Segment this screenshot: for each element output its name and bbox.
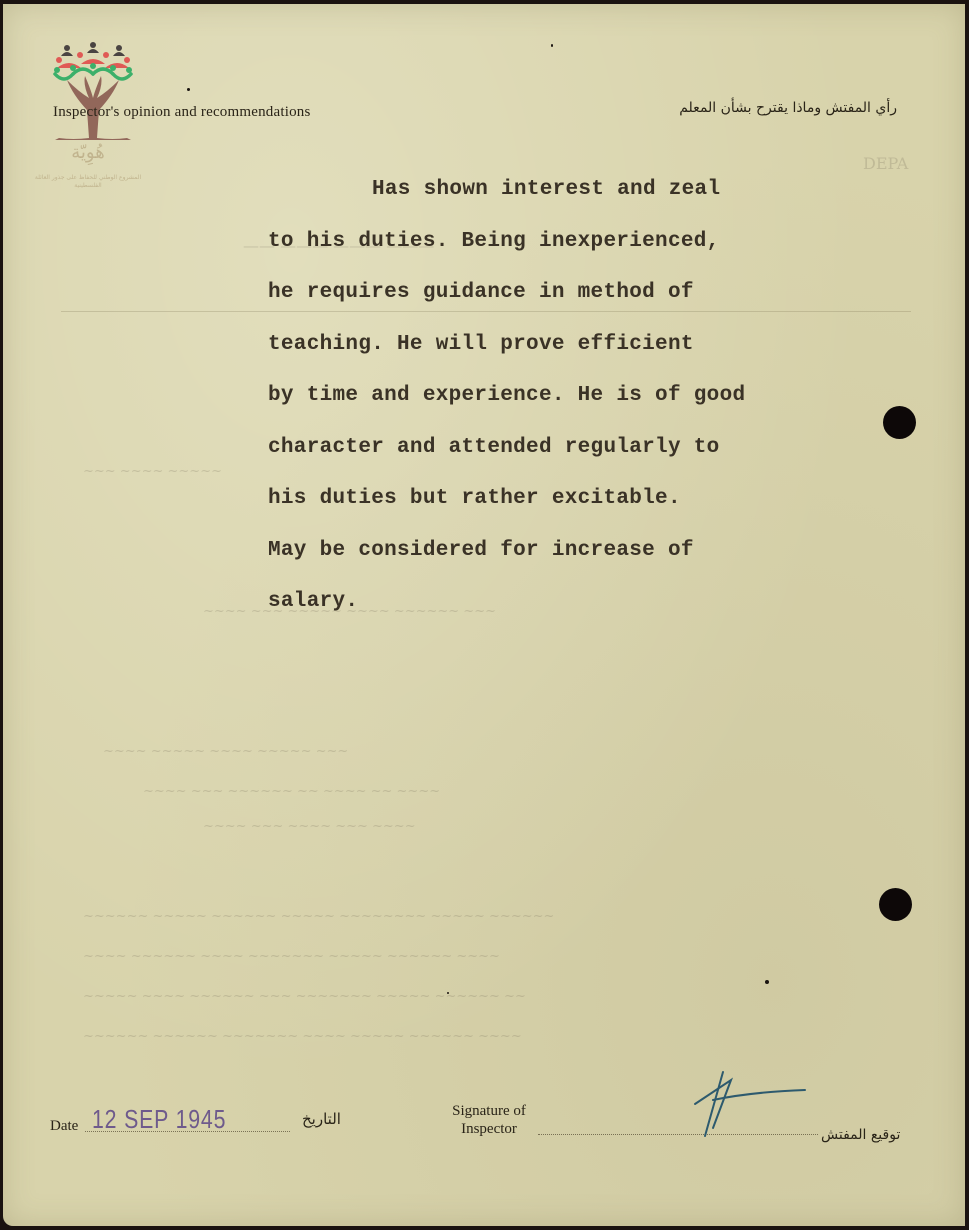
signature-label-arabic: توقيع المفتش: [821, 1127, 900, 1143]
bleed-through-text: ~~~~ ~~~ ~~~~~~ ~~ ~~~~ ~~ ~~~~: [143, 784, 440, 799]
logo-caption: هُوِيّة: [43, 144, 133, 162]
signature-label: Signature of Inspector: [433, 1102, 545, 1138]
section-title-arabic: رأي المفتش وماذا يقترح بشأن المعلم: [679, 100, 897, 116]
remarks-line: his duties but rather excitable.: [268, 473, 868, 525]
remarks-line: May be considered for increase of: [268, 525, 868, 577]
inspector-remarks: Has shown interest and zeal to his dutie…: [268, 164, 868, 628]
punch-hole: [883, 406, 916, 439]
remarks-line: to his duties. Being inexperienced,: [268, 216, 868, 268]
ink-speck: [447, 992, 449, 994]
bleed-through-text: ~~~~~~ ~~~~~ ~~~~~~ ~~~~~ ~~~~~~~~ ~~~~~…: [83, 909, 554, 924]
section-title-english: Inspector's opinion and recommendations: [53, 104, 311, 121]
remarks-line: by time and experience. He is of good: [268, 370, 868, 422]
remarks-line: character and attended regularly to: [268, 422, 868, 474]
bleed-through-text: ~~~~ ~~~ ~~~~ ~~~ ~~~~: [203, 819, 416, 834]
bleed-through-text: ~~~ ~~~~ ~~~~~: [83, 464, 222, 479]
document-page: —— ——— ——— ——— DEPA ~~~~ ~~~~~ ~~~~ ~~~~…: [3, 4, 965, 1226]
date-label-arabic: التاريخ: [302, 1110, 341, 1128]
ink-speck: [551, 44, 553, 47]
bleed-through-text: ~~~~ ~~~~~ ~~~~ ~~~~~ ~~~: [103, 744, 348, 759]
family-tree-logo-icon: [53, 40, 133, 140]
punch-hole: [879, 888, 912, 921]
bleed-through-text: DEPA: [863, 154, 908, 173]
signature-label-line1: Signature of: [433, 1102, 545, 1120]
remarks-line: teaching. He will prove efficient: [268, 319, 868, 371]
bleed-through-text: ~~~~~ ~~~~ ~~~~~~ ~~~ ~~~~~~~ ~~~~~ ~~~~…: [83, 989, 526, 1004]
remarks-line: salary.: [268, 576, 868, 628]
ink-speck: [187, 88, 190, 91]
inspector-signature: [691, 1064, 821, 1144]
remarks-line: Has shown interest and zeal: [268, 164, 868, 216]
date-label: Date: [50, 1118, 78, 1135]
logo-subcaption: المشروع الوطني للحفاظ على جذور العائلة ا…: [33, 174, 143, 190]
ink-speck: [765, 980, 769, 984]
remarks-line: he requires guidance in method of: [268, 267, 868, 319]
bleed-through-text: ~~~~ ~~~~~~ ~~~~ ~~~~~~~ ~~~~~ ~~~~~~ ~~…: [83, 949, 500, 964]
bleed-through-text: ~~~~~~ ~~~~~~ ~~~~~~~ ~~~~ ~~~~~ ~~~~~~ …: [83, 1029, 522, 1044]
signature-label-line2: Inspector: [433, 1120, 545, 1138]
date-stamp: 12 SEP 1945: [92, 1104, 226, 1135]
